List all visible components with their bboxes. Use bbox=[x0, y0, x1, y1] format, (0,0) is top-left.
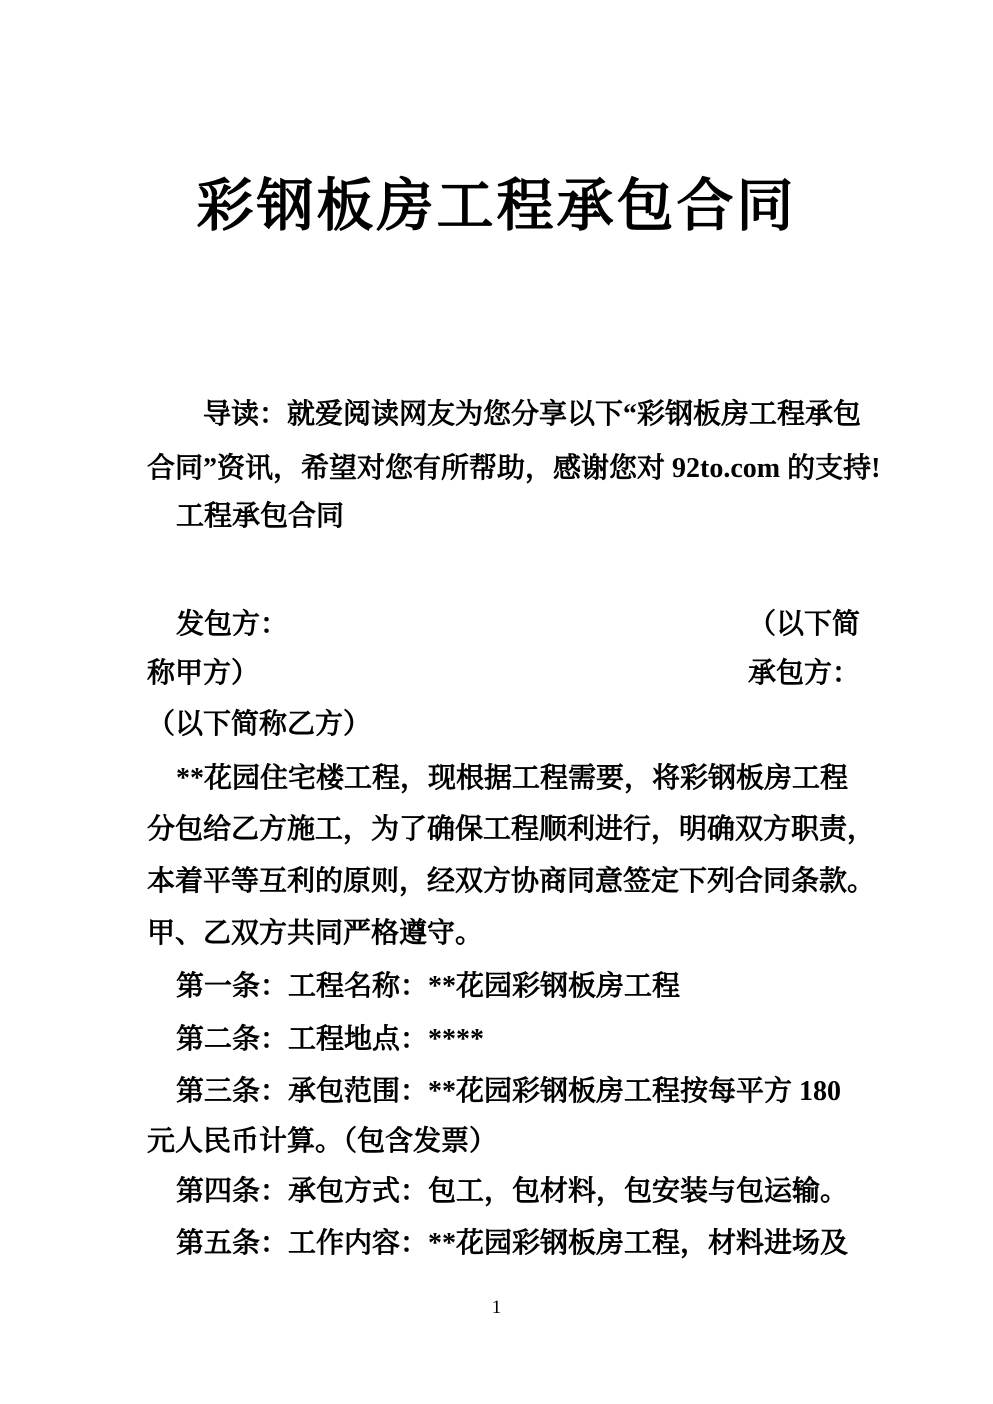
party-line-1: 发包方： （以下简 bbox=[147, 608, 860, 642]
preamble-line-3: 本着平等互利的原则，经双方协商同意签定下列合同条款。 bbox=[147, 865, 860, 899]
preamble-line-4: 甲、乙双方共同严格遵守。 bbox=[147, 917, 860, 951]
clause-3-line-1: 第三条：承包范围：**花园彩钢板房工程按每平方 180 bbox=[147, 1075, 889, 1109]
party-line-2: 称甲方） 承包方： bbox=[147, 657, 860, 691]
clause-1: 第一条：工程名称：**花园彩钢板房工程 bbox=[147, 970, 889, 1004]
page-number: 1 bbox=[0, 1297, 993, 1319]
label-employer: 发包方： bbox=[176, 608, 288, 642]
preamble-line-2: 分包给乙方施工，为了确保工程顺利进行，明确双方职责， bbox=[147, 813, 860, 847]
party-line-2-left: 称甲方） bbox=[147, 657, 259, 691]
party-line-3: （以下简称乙方） bbox=[147, 708, 860, 742]
subtitle-contract: 工程承包合同 bbox=[147, 500, 889, 534]
document-title: 彩钢板房工程承包合同 bbox=[0, 174, 993, 240]
clause-3-line-2: 元人民币计算。（包含发票） bbox=[147, 1125, 860, 1159]
label-contractor: 承包方： bbox=[748, 657, 860, 691]
party-line-1-right: （以下简 bbox=[748, 608, 860, 642]
clause-5-line-1: 第五条：工作内容：**花园彩钢板房工程，材料进场及 bbox=[147, 1227, 889, 1261]
paragraph-intro-line-1: 导读：就爱阅读网友为您分享以下“彩钢板房工程承包 bbox=[147, 398, 916, 432]
clause-2: 第二条：工程地点：**** bbox=[147, 1023, 889, 1057]
document-page: 彩钢板房工程承包合同 导读：就爱阅读网友为您分享以下“彩钢板房工程承包 合同”资… bbox=[0, 0, 993, 1404]
preamble-line-1: **花园住宅楼工程，现根据工程需要，将彩钢板房工程 bbox=[147, 762, 889, 796]
paragraph-intro-line-2: 合同”资讯，希望对您有所帮助，感谢您对 92to.com 的支持! bbox=[147, 452, 860, 486]
clause-4: 第四条：承包方式：包工，包材料，包安装与包运输。 bbox=[147, 1175, 889, 1209]
